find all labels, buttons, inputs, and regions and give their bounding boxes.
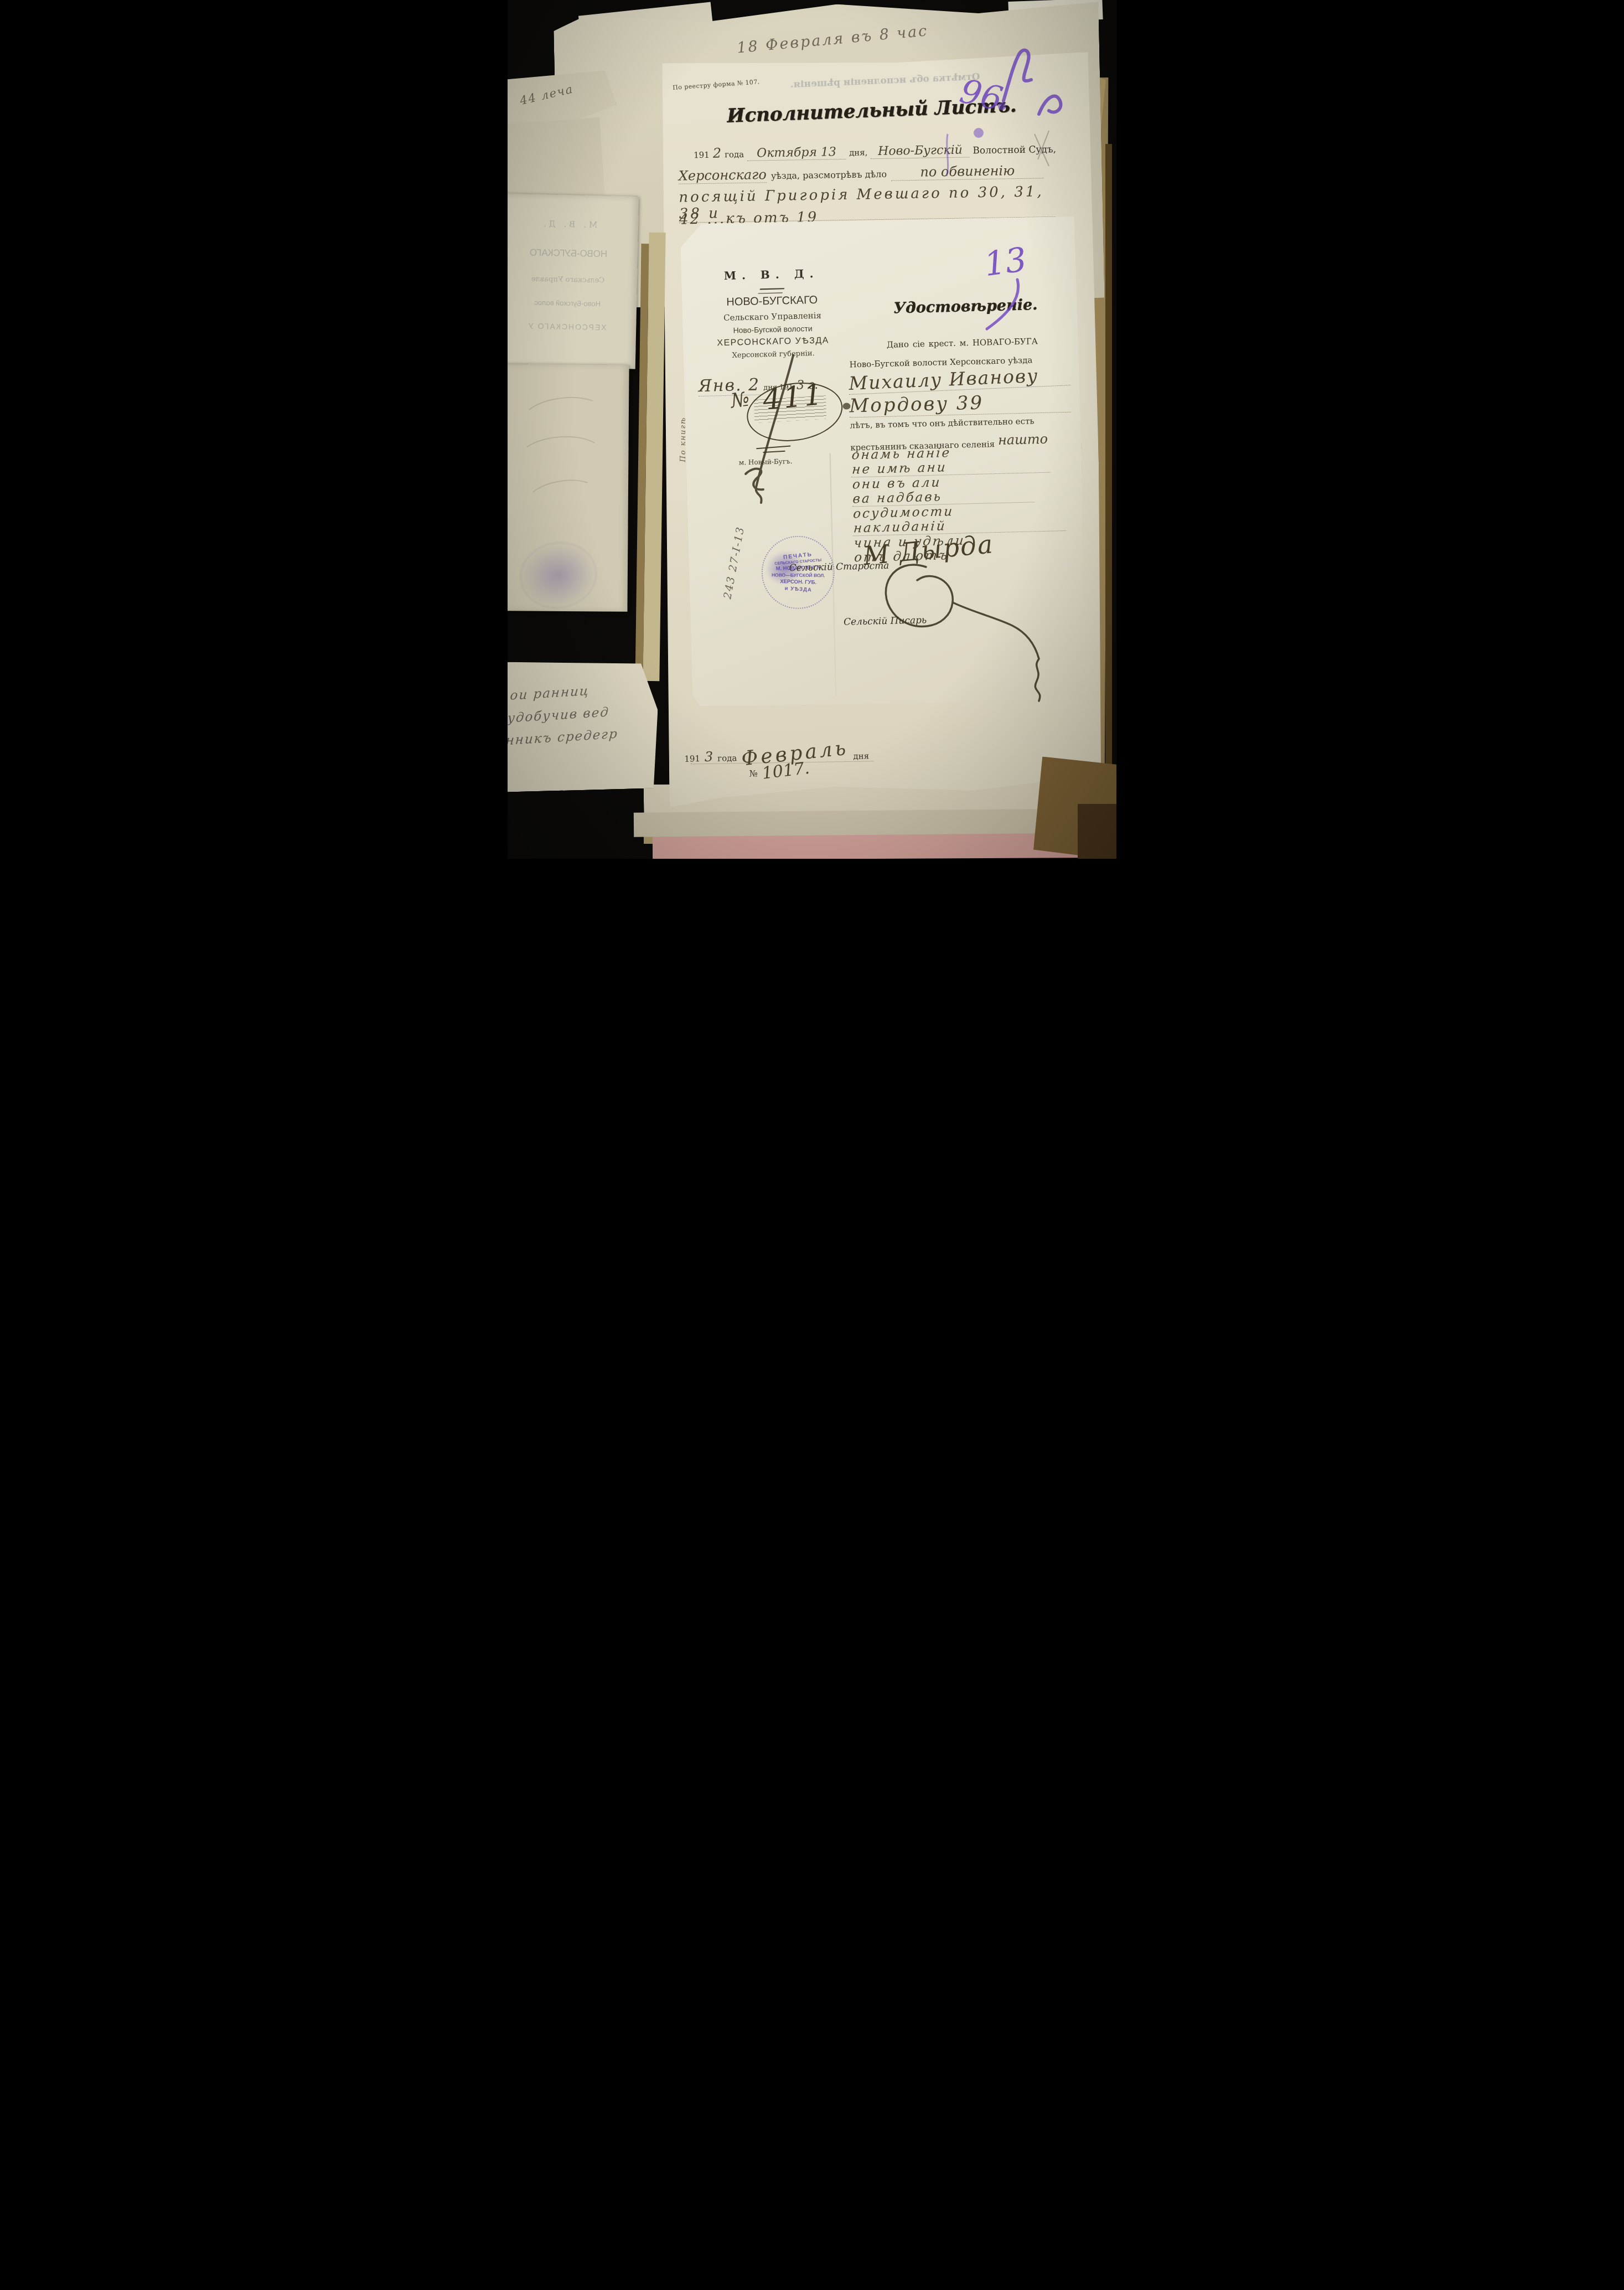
place-label: м. Новый-Бугъ.: [739, 457, 793, 466]
letterhead-org3: Ново-Бугской волости: [699, 323, 846, 336]
letterhead-org2: Сельскаго Управленія: [699, 310, 846, 323]
certificate-body-line3: лѣтъ, въ томъ что онъ дѣйствительно есть: [850, 415, 1079, 430]
handwritten-name-line2: Мордову 39: [849, 390, 1071, 418]
handwritten-date: Октября 13: [747, 145, 846, 161]
pencil-annotation-left: 44 леча: [519, 82, 575, 107]
left-sheet-with-stamp-smudge: [508, 364, 629, 612]
faint-writing-trace: [525, 475, 598, 516]
writ-line-2: Херсонскаго уѣзда, разсмотрѣвъ дѣло по о…: [679, 162, 1044, 184]
writ-bottom-date-line: 191 3 года Февраль дня: [684, 739, 995, 767]
faded-stamp-smudge: [515, 537, 602, 613]
handwritten-uyezd: Херсонскаго: [679, 167, 767, 184]
number-sign: №: [749, 769, 758, 779]
certificate-body-line1: Дано сіе крест. м. НОВАГО-БУГА: [887, 335, 1077, 349]
printed-court: Волостной Судъ,: [973, 144, 1056, 156]
paper-edge-strip-dark: [1105, 144, 1112, 775]
letterhead-org1: НОВО-БУГСКАГО: [699, 293, 846, 310]
certificate-document: М. В. Д. НОВО-БУГСКАГО Сельскаго Управле…: [680, 214, 1087, 709]
handwritten-court-name: Ново-Бугскій: [871, 143, 969, 159]
mirrored-text: ХЕРСОНСКАГО У: [508, 321, 630, 332]
handwritten-doc-number: 411: [762, 378, 826, 417]
margin-pencil-note: 243 27-I-13: [721, 478, 756, 600]
letterhead-org4: ХЕРСОНСКАГО УѢЗДА: [697, 335, 849, 349]
pencil-line: нникъ средегр: [508, 727, 619, 749]
mirrored-text: Ново-Бугской волос: [508, 297, 631, 308]
handwritten-year-digit: 2: [713, 145, 722, 161]
mirrored-text: НОВО-БУГСКАГО: [508, 247, 632, 261]
writ-bottom-number: № 1017.: [749, 761, 810, 781]
handwritten-year-digit: 3: [705, 749, 713, 765]
faint-writing-trace: [520, 393, 604, 438]
handwritten-day: Янв. 2: [698, 375, 760, 396]
letterhead-org5: Херсонской губерніи.: [700, 349, 847, 360]
printed-goda: года: [717, 753, 737, 764]
handwritten-number: 1017.: [761, 759, 810, 783]
clerk-label: Сельскій Писарь: [844, 615, 927, 628]
stamp-line: и УѢЗДА: [785, 585, 813, 593]
writ-line-1: 191 2 года Октября 13 дня, Ново-Бугскій …: [694, 140, 1056, 162]
bottom-paper-edge: [634, 808, 1097, 837]
printed-year: 191: [684, 754, 700, 764]
printed-goda: года: [725, 149, 744, 160]
mirrored-text: М. В. Д.: [508, 218, 633, 231]
left-sheet-mirrored-letterhead: М. В. Д. НОВО-БУГСКАГО Сельскаго Управле…: [508, 194, 639, 369]
paper-sliver-left: [508, 117, 605, 202]
flourish-dash: [756, 445, 790, 449]
flourish-dash: [763, 451, 785, 453]
number-sign: №: [730, 388, 751, 412]
pencil-line: ои ранниц: [510, 684, 590, 703]
pencil-line: удобучив вед: [508, 705, 610, 725]
photo-stage: 18 Февраля въ 8 час Отмѣтка объ исполнен…: [508, 0, 1116, 859]
torn-dark-paper: [1078, 804, 1116, 859]
printed-dnya: дня: [853, 751, 869, 761]
letterhead-mvd: М. В. Д.: [707, 266, 835, 283]
printed-dnya: дня,: [849, 147, 868, 158]
letterhead-divider: [758, 288, 784, 293]
printed-year: 191: [694, 150, 710, 160]
faint-writing-trace: [518, 434, 605, 480]
bottom-left-sheet: ои ранниц удобучив вед нникъ средегр: [508, 658, 660, 792]
printed-case-text: уѣзда, разсмотрѣвъ дѣло: [771, 169, 887, 181]
stamp-line: ХЕРСОН. ГУБ.: [780, 578, 816, 585]
certificate-title: Удостовѣреніе.: [893, 296, 1038, 317]
handwritten-accusation: по обвиненію: [891, 162, 1044, 180]
mirrored-text: Сельскаго Управле: [508, 274, 632, 285]
starosta-label: Сельскій Староста: [789, 560, 889, 574]
pencil-annotation-top: 18 Февраля въ 8 час: [736, 22, 929, 56]
purple-case-number: 13: [982, 240, 1029, 284]
pink-sheet-edge: [653, 833, 1095, 859]
